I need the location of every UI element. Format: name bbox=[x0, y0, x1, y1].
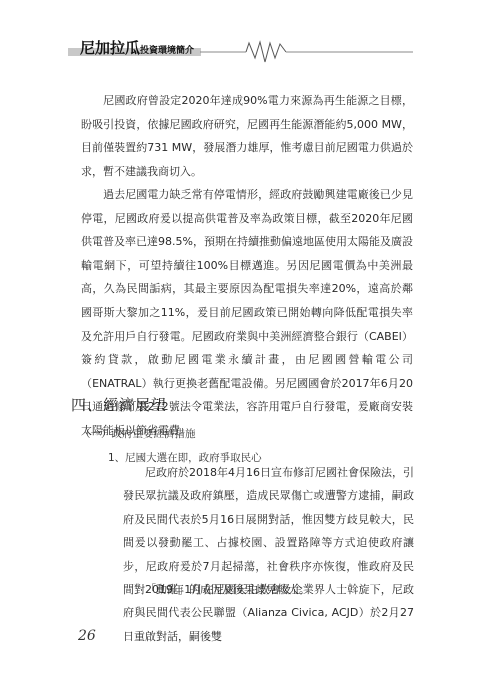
sub-heading: （一）政府重要經濟措施 bbox=[80, 426, 196, 441]
header-zigzag-line bbox=[0, 38, 480, 68]
running-header: 尼加拉瓜投資環境簡介 bbox=[0, 0, 480, 70]
header-title-sub: 投資環境簡介 bbox=[140, 46, 194, 56]
section-heading: 四、經濟展望 bbox=[71, 394, 167, 415]
header-title-main: 尼加拉瓜 bbox=[80, 39, 140, 57]
body-paragraph-1: 尼國政府曾設定2020年達成90%電力來源為再生能源之目標，盼吸引投資，依據尼國… bbox=[81, 89, 413, 183]
body-paragraph-4: 2019年1月在尼國天主教會及企業界人士斡旋下，尼政府與民間代表公民聯盟（Ali… bbox=[123, 578, 414, 648]
header-title: 尼加拉瓜投資環境簡介 bbox=[80, 40, 194, 59]
page-number: 26 bbox=[78, 628, 96, 644]
